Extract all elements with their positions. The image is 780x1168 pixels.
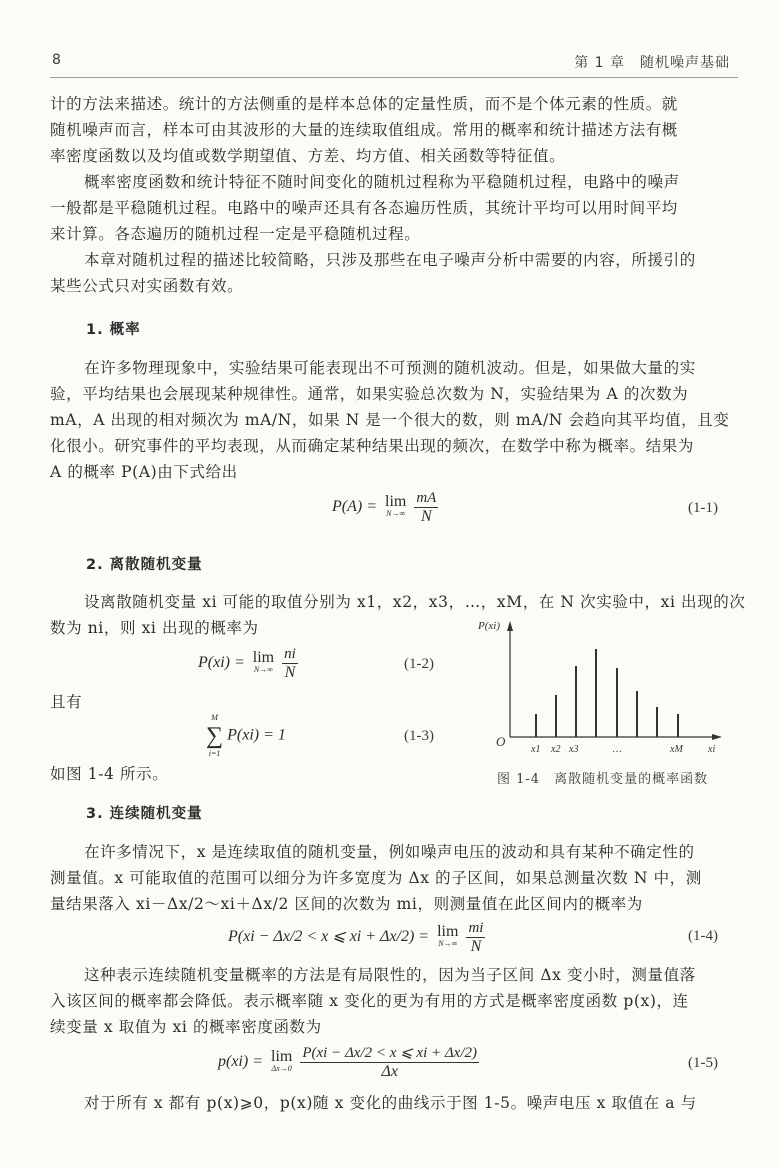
tick-label: xM bbox=[669, 744, 683, 755]
tick-label: x3 bbox=[568, 744, 578, 755]
tick-label: x1 bbox=[530, 744, 540, 755]
equation-1-5: p(xi) = limΔx→0 P(xi − Δx/2 < x ⩽ xi + Δ… bbox=[218, 1044, 479, 1081]
equation-number: (1-4) bbox=[688, 928, 718, 945]
paragraph-line: 概率密度函数和统计特征不随时间变化的随机过程称为平稳随机过程，电路中的噪声 bbox=[84, 172, 738, 192]
paragraph-line: A 的概率 P(A)由下式给出 bbox=[50, 462, 738, 482]
paragraph-line: 量结果落入 xi－Δx/2～xi＋Δx/2 区间的次数为 mi，则测量值在此区间… bbox=[50, 894, 738, 914]
paragraph-line: 如图 1-4 所示。 bbox=[50, 764, 250, 784]
paragraph-line: 来计算。各态遍历的随机过程一定是平稳随机过程。 bbox=[50, 224, 738, 244]
paragraph-line: 随机噪声而言，样本可由其波形的大量的连续取值组成。常用的概率和统计描述方法有概 bbox=[50, 120, 738, 140]
paragraph-line: 测量值。x 可能取值的范围可以细分为许多宽度为 Δx 的子区间，如果总测量次数 … bbox=[50, 868, 738, 888]
probability-stems bbox=[536, 649, 678, 737]
equation-number: (1-1) bbox=[688, 500, 718, 517]
x-axis-label: xi bbox=[707, 744, 715, 755]
section-heading-discrete-random-variable: 2. 离散随机变量 bbox=[86, 553, 203, 574]
figure-discrete-probability-function: P(xi) O x1 x2 x3 … xM xi bbox=[470, 615, 740, 760]
paragraph-line: 验，平均结果也会展现某种规律性。通常，如果实验总次数为 N，实验结果为 A 的次… bbox=[50, 384, 738, 404]
paragraph-line: 设离散随机变量 xi 可能的取值分别为 x1，x2，x3，…，xM，在 N 次实… bbox=[84, 592, 738, 612]
paragraph-line: 一般都是平稳随机过程。电路中的噪声还具有各态遍历性质，其统计平均可以用时间平均 bbox=[50, 198, 738, 218]
equation-1-1: P(A) = limN→∞ mAN bbox=[332, 489, 438, 526]
paragraph-line: 入该区间的概率都会降低。表示概率随 x 变化的更为有用的方式是概率密度函数 p(… bbox=[50, 991, 738, 1011]
equation-1-4: P(xi − Δx/2 < x ⩽ xi + Δx/2) = limN→∞ mi… bbox=[228, 919, 485, 956]
page-number: 8 bbox=[52, 52, 61, 68]
tick-label: x2 bbox=[550, 744, 560, 755]
equation-1-3: M∑i=1 P(xi) = 1 bbox=[206, 712, 286, 760]
equation-number: (1-3) bbox=[404, 728, 434, 745]
paragraph-line: mA，A 出现的相对频次为 mA/N，如果 N 是一个很大的数，则 mA/N 会… bbox=[50, 410, 738, 430]
paragraph-line: 化很小。研究事件的平均表现，从而确定某种结果出现的频次，在数学中称为概率。结果为 bbox=[50, 436, 738, 456]
paragraph-line: 率密度函数以及均值或数学期望值、方差、均方值、相关函数等特征值。 bbox=[50, 146, 738, 166]
paragraph-line: 数为 ni，则 xi 出现的概率为 bbox=[50, 618, 450, 638]
paragraph-line: 某些公式只对实函数有效。 bbox=[50, 276, 738, 296]
header-rule bbox=[50, 77, 738, 78]
y-axis-label: P(xi) bbox=[477, 620, 500, 632]
paragraph-line: 这种表示连续随机变量概率的方法是有局限性的，因为当子区间 Δx 变小时，测量值落 bbox=[84, 965, 738, 985]
equation-number: (1-5) bbox=[688, 1055, 718, 1072]
tick-label: … bbox=[612, 744, 622, 755]
paragraph-line: 续变量 x 取值为 xi 的概率密度函数为 bbox=[50, 1017, 738, 1037]
paragraph-line: 在许多物理现象中，实验结果可能表现出不可预测的随机波动。但是，如果做大量的实 bbox=[84, 358, 738, 378]
running-header-chapter-title: 第 1 章 随机噪声基础 bbox=[574, 52, 730, 72]
equation-1-2: P(xi) = limN→∞ niN bbox=[198, 645, 298, 682]
paragraph-line: 本章对随机过程的描述比较简略，只涉及那些在电子噪声分析中需要的内容，所援引的 bbox=[84, 250, 738, 270]
paragraph-line: 在许多情况下，x 是连续取值的随机变量，例如噪声电压的波动和具有某种不确定性的 bbox=[84, 842, 738, 862]
x-axis-arrow-icon bbox=[712, 734, 722, 740]
section-heading-continuous-random-variable: 3. 连续随机变量 bbox=[86, 802, 203, 823]
origin-label: O bbox=[496, 734, 506, 749]
equation-number: (1-2) bbox=[404, 656, 434, 673]
paragraph-line: 且有 bbox=[50, 692, 150, 712]
paragraph-line: 计的方法来描述。统计的方法侧重的是样本总体的定量性质，而不是个体元素的性质。就 bbox=[50, 94, 738, 114]
paragraph-line: 对于所有 x 都有 p(x)⩾0，p(x)随 x 变化的曲线示于图 1-5。噪声… bbox=[84, 1093, 738, 1113]
figure-caption: 图 1-4 离散随机变量的概率函数 bbox=[497, 768, 708, 787]
y-axis-arrow-icon bbox=[507, 621, 513, 631]
section-heading-probability: 1. 概率 bbox=[86, 318, 141, 339]
